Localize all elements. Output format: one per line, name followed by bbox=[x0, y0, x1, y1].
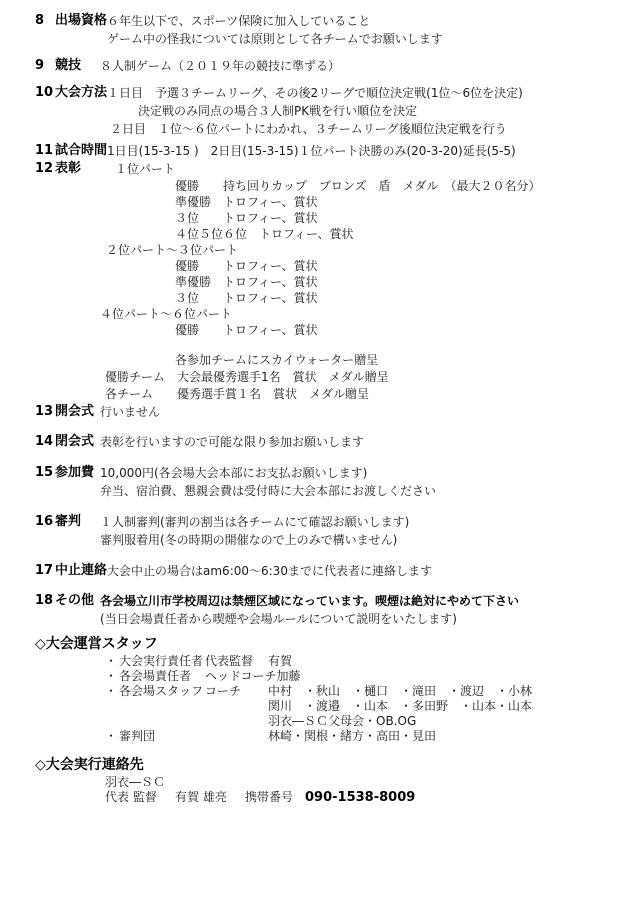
staff-row-venue-manager: ・ 各会場責任者 ヘッドコーチ 加藤 bbox=[0, 669, 636, 684]
item-17-content: 大会中止の場合はam6:00～6:30までに代表者に連絡します bbox=[107, 562, 636, 580]
award-part-3-heading: ４位パート～６位パート bbox=[100, 306, 636, 322]
contact-phone-label: 携帯番号 bbox=[245, 790, 305, 805]
item-9-heading: 9競技 bbox=[35, 57, 100, 75]
award-extra-line-1: 各参加チームにスカイウォーター贈呈 bbox=[100, 352, 636, 369]
item-13-number: 13 bbox=[35, 403, 55, 421]
item-17-heading: 17中止連絡 bbox=[35, 562, 107, 580]
item-18-heading: 18その他 bbox=[35, 592, 100, 628]
staff-title: ヘッドコーチ bbox=[205, 669, 277, 684]
item-16-heading: 16審判 bbox=[35, 513, 100, 549]
bullet-icon: ・ bbox=[105, 654, 119, 669]
contact-section-title: ◇大会実行連絡先 bbox=[0, 756, 636, 775]
award-list: 優勝 持ち回りカップ ブロンズ 盾 メダル （最大２０名分） 準優勝 トロフィー… bbox=[100, 178, 636, 338]
bullet-icon: ・ bbox=[105, 729, 119, 744]
award-extra-line-3: 各チーム 優秀選手賞１名 賞状 メダル贈呈 bbox=[100, 386, 636, 403]
item-12-heading: 12表彰 bbox=[35, 160, 100, 403]
item-14-content: 表彰を行いますので可能な限り参加お願いします bbox=[100, 433, 636, 451]
item-17-line-1: 大会中止の場合はam6:00～6:30までに代表者に連絡します bbox=[107, 562, 636, 580]
item-18-number: 18 bbox=[35, 592, 55, 610]
staff-title: コーチ bbox=[205, 684, 268, 729]
award-part2-line-1: 優勝 トロフィー、賞状 bbox=[100, 258, 636, 274]
item-15-line-1: 10,000円(各会場大会本部にお支払お願いします) bbox=[100, 464, 636, 482]
item-9-row: 9競技 ８人制ゲーム（２０１９年の競技に準ずる） bbox=[0, 57, 636, 75]
staff-names-multiline: 中村 ・秋山 ・樋口 ・滝田 ・渡辺 ・小林 関川 ・渡邉 ・山本 ・多田野 ・… bbox=[268, 684, 636, 729]
staff-section-title: ◇大会運営スタッフ bbox=[0, 635, 636, 654]
item-13-heading: 13開会式 bbox=[35, 403, 100, 421]
item-18-content: 各会場立川市学校周辺は禁煙区域になっています。喫煙は絶対にやめて下さい (当日会… bbox=[100, 592, 636, 628]
contact-phone-number: 090-1538-8009 bbox=[305, 790, 415, 805]
item-9-number: 9 bbox=[35, 57, 55, 75]
staff-row-director: ・ 大会実行責任者 代表監督 有賀 bbox=[0, 654, 636, 669]
item-12-row: 12表彰 １位パート 優勝 持ち回りカップ ブロンズ 盾 メダル （最大２０名分… bbox=[0, 160, 636, 403]
document-page: 8出場資格 ６年生以下で、スポーツ保険に加入していること ゲーム中の怪我について… bbox=[0, 0, 636, 900]
staff-names-line-2: 関川 ・渡邉 ・山本 ・多田野 ・山本・山本 bbox=[268, 699, 636, 714]
staff-names-line-3: 羽衣―ＳＣ父母会・OB.OG bbox=[268, 714, 636, 729]
item-13-row: 13開会式 行いません bbox=[0, 403, 636, 421]
award-extras: 各参加チームにスカイウォーター贈呈 優勝チーム 大会最優秀選手1名 賞状 メダル… bbox=[100, 352, 636, 403]
item-10-line-1: １日目 予選３チームリーグ、その後2リーグで順位決定戦(1位～6位を決定) bbox=[107, 84, 636, 102]
item-11-heading: 11試合時間 bbox=[35, 142, 107, 160]
item-10-number: 10 bbox=[35, 84, 55, 102]
item-10-heading: 10大会方法 bbox=[35, 84, 107, 138]
item-17-row: 17中止連絡 大会中止の場合はam6:00～6:30までに代表者に連絡します bbox=[0, 562, 636, 580]
item-15-label: 参加費 bbox=[55, 465, 94, 480]
item-18-line-1: 各会場立川市学校周辺は禁煙区域になっています。喫煙は絶対にやめて下さい bbox=[100, 592, 636, 610]
item-15-line-2: 弁当、宿泊費、懇親会費は受付時に大会本部にお渡しください bbox=[100, 482, 636, 500]
item-15-row: 15参加費 10,000円(各会場大会本部にお支払お願いします) 弁当、宿泊費、… bbox=[0, 464, 636, 500]
award-part3-line-1: 優勝 トロフィー、賞状 bbox=[100, 322, 636, 338]
item-14-label: 閉会式 bbox=[55, 434, 94, 449]
item-8-line-1: ６年生以下で、スポーツ保険に加入していること bbox=[107, 12, 636, 30]
item-9-content: ８人制ゲーム（２０１９年の競技に準ずる） bbox=[100, 57, 636, 75]
contact-block: 羽衣―ＳＣ 代表 監督 有賀 雄亮 携帯番号 090-1538-8009 bbox=[0, 775, 636, 805]
item-8-row: 8出場資格 ６年生以下で、スポーツ保険に加入していること ゲーム中の怪我について… bbox=[0, 12, 636, 48]
staff-role: 各会場スタッフ bbox=[119, 684, 205, 729]
item-18-row: 18その他 各会場立川市学校周辺は禁煙区域になっています。喫煙は絶対にやめて下さ… bbox=[0, 592, 636, 628]
award-part2-line-2: 準優勝 トロフィー、賞状 bbox=[100, 274, 636, 290]
item-13-label: 開会式 bbox=[55, 404, 94, 419]
item-8-line-2: ゲーム中の怪我については原則として各チームでお願いします bbox=[107, 30, 636, 48]
item-9-label: 競技 bbox=[55, 58, 81, 73]
staff-title bbox=[205, 729, 268, 744]
contact-rep-name: 有賀 雄亮 bbox=[175, 790, 245, 805]
award-part-1-heading: １位パート bbox=[100, 160, 636, 178]
item-16-line-1: １人制審判(審判の割当は各チームにて確認お願いします) bbox=[100, 513, 636, 531]
item-8-content: ６年生以下で、スポーツ保険に加入していること ゲーム中の怪我については原則として… bbox=[107, 12, 636, 48]
item-13-line-1: 行いません bbox=[100, 403, 636, 421]
item-16-label: 審判 bbox=[55, 514, 81, 529]
item-11-line-1: 1日目(15-3-15 ) 2日目(15-3-15)１位パート決勝のみ(20-3… bbox=[107, 142, 636, 160]
item-15-content: 10,000円(各会場大会本部にお支払お願いします) 弁当、宿泊費、懇親会費は受… bbox=[100, 464, 636, 500]
item-14-heading: 14閉会式 bbox=[35, 433, 100, 451]
item-15-number: 15 bbox=[35, 464, 55, 482]
item-18-label: その他 bbox=[55, 593, 94, 608]
item-16-content: １人制審判(審判の割当は各チームにて確認お願いします) 審判服着用(冬の時期の開… bbox=[100, 513, 636, 549]
staff-role: 審判団 bbox=[119, 729, 205, 744]
item-11-content: 1日目(15-3-15 ) 2日目(15-3-15)１位パート決勝のみ(20-3… bbox=[107, 142, 636, 160]
item-10-content: １日目 予選３チームリーグ、その後2リーグで順位決定戦(1位～6位を決定) 決定… bbox=[107, 84, 636, 138]
item-16-row: 16審判 １人制審判(審判の割当は各チームにて確認お願いします) 審判服着用(冬… bbox=[0, 513, 636, 549]
item-18-line-2: (当日会場責任者から喫煙や会場ルールについて説明をいたします) bbox=[100, 610, 636, 628]
item-17-label: 中止連絡 bbox=[55, 563, 107, 578]
staff-names: 有賀 bbox=[268, 654, 636, 669]
award-part1-line-4: ４位５位６位 トロフィー、賞状 bbox=[100, 226, 636, 242]
item-11-row: 11試合時間 1日目(15-3-15 ) 2日目(15-3-15)１位パート決勝… bbox=[0, 142, 636, 160]
award-part1-line-1: 優勝 持ち回りカップ ブロンズ 盾 メダル （最大２０名分） bbox=[100, 178, 636, 194]
item-10-row: 10大会方法 １日目 予選３チームリーグ、その後2リーグで順位決定戦(1位～6位… bbox=[0, 84, 636, 138]
bullet-icon: ・ bbox=[105, 669, 119, 684]
contact-representative-row: 代表 監督 有賀 雄亮 携帯番号 090-1538-8009 bbox=[0, 790, 636, 805]
item-13-content: 行いません bbox=[100, 403, 636, 421]
award-extra-line-2: 優勝チーム 大会最優秀選手1名 賞状 メダル贈呈 bbox=[100, 369, 636, 386]
item-9-line-1: ８人制ゲーム（２０１９年の競技に準ずる） bbox=[100, 57, 636, 75]
staff-title: 代表監督 bbox=[205, 654, 268, 669]
item-12-content: １位パート 優勝 持ち回りカップ ブロンズ 盾 メダル （最大２０名分） 準優勝… bbox=[100, 160, 636, 403]
item-15-heading: 15参加費 bbox=[35, 464, 100, 500]
item-8-number: 8 bbox=[35, 12, 55, 30]
item-12-number: 12 bbox=[35, 160, 55, 178]
item-10-line-2: 決定戦のみ同点の場合３人制PK戦を行い順位を決定 bbox=[107, 102, 636, 120]
item-14-number: 14 bbox=[35, 433, 55, 451]
item-11-number: 11 bbox=[35, 142, 55, 160]
item-16-number: 16 bbox=[35, 513, 55, 531]
item-10-label: 大会方法 bbox=[55, 85, 107, 100]
award-part-2-heading: ２位パート～３位パート bbox=[100, 242, 636, 258]
staff-role: 大会実行責任者 bbox=[119, 654, 205, 669]
item-8-heading: 8出場資格 bbox=[35, 12, 107, 48]
award-part2-line-3: ３位 トロフィー、賞状 bbox=[100, 290, 636, 306]
item-11-label: 試合時間 bbox=[55, 143, 107, 158]
item-17-number: 17 bbox=[35, 562, 55, 580]
staff-list: ・ 大会実行責任者 代表監督 有賀 ・ 各会場責任者 ヘッドコーチ 加藤 ・ 各… bbox=[0, 654, 636, 744]
bullet-icon: ・ bbox=[105, 684, 119, 729]
contact-rep-label: 代表 監督 bbox=[105, 790, 175, 805]
item-16-line-2: 審判服着用(冬の時期の開催なので上のみで構いません) bbox=[100, 531, 636, 549]
staff-names-line-1: 中村 ・秋山 ・樋口 ・滝田 ・渡辺 ・小林 bbox=[268, 684, 636, 699]
item-8-label: 出場資格 bbox=[55, 13, 107, 28]
award-part1-line-2: 準優勝 トロフィー、賞状 bbox=[100, 194, 636, 210]
staff-row-venue-staff: ・ 各会場スタッフ コーチ 中村 ・秋山 ・樋口 ・滝田 ・渡辺 ・小林 関川 … bbox=[0, 684, 636, 729]
item-14-line-1: 表彰を行いますので可能な限り参加お願いします bbox=[100, 433, 636, 451]
award-part1-line-3: ３位 トロフィー、賞状 bbox=[100, 210, 636, 226]
contact-team-name: 羽衣―ＳＣ bbox=[0, 775, 636, 790]
staff-names: 加藤 bbox=[277, 669, 636, 684]
staff-names: 林崎・関根・緒方・高田・見田 bbox=[268, 729, 636, 744]
staff-row-referees: ・ 審判団 林崎・関根・緒方・高田・見田 bbox=[0, 729, 636, 744]
item-10-line-3: ２日目 １位～６位パートにわかれ、３チームリーグ後順位決定戦を行う bbox=[107, 120, 636, 138]
staff-role: 各会場責任者 bbox=[119, 669, 205, 684]
item-14-row: 14閉会式 表彰を行いますので可能な限り参加お願いします bbox=[0, 433, 636, 451]
item-12-label: 表彰 bbox=[55, 161, 81, 176]
